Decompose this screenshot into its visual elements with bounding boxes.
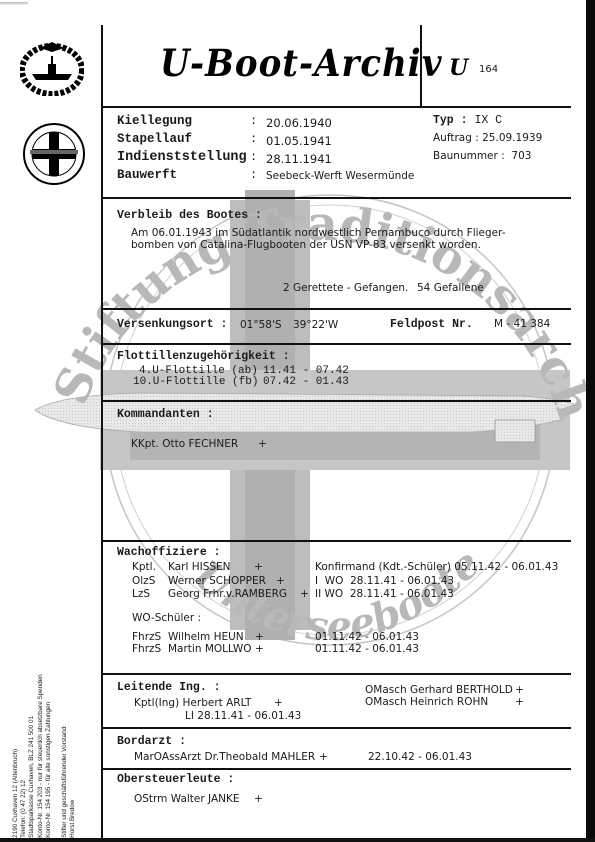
section-rule (101, 400, 571, 402)
student-name: Martin MOLLWO (168, 643, 252, 655)
field-sep: : (250, 114, 257, 128)
section-rule (101, 343, 571, 345)
section-rule (101, 540, 571, 542)
deceased-mark: + (274, 697, 283, 709)
officer-rank: LzS (132, 588, 150, 600)
subsection-heading: WO-Schüler : (132, 612, 201, 624)
officer-rank: OlzS (132, 575, 155, 587)
student-rank: FhrzS (132, 631, 161, 643)
navigator-name: OStrm Walter JANKE (134, 793, 240, 805)
deceased-mark: + (254, 793, 263, 805)
deceased-mark: + (258, 438, 267, 450)
officer-name: Karl HISSEN (168, 561, 231, 573)
sinking-longitude: 39°22'W (293, 319, 338, 331)
section-rule (101, 727, 571, 729)
engineer-name: Kptl(Ing) Herbert ARLT (134, 697, 251, 709)
deceased-mark: + (319, 751, 328, 763)
flotilla-period: 07.42 - 01.43 (263, 376, 349, 388)
engineer-name: OMasch Heinrich ROHN (365, 696, 488, 708)
section-heading: Leitende Ing. : (117, 681, 221, 694)
section-heading: Wachoffiziere : (117, 546, 221, 559)
feldpost-label: Feldpost Nr. (390, 318, 473, 331)
boat-number: 164 (479, 64, 498, 75)
doctor-name: MarOAssArzt Dr.Theobald MAHLER (134, 751, 315, 763)
field-sep: : (250, 168, 257, 182)
commission-date: 28.11.1941 (266, 152, 332, 166)
survivors-count: 2 Gerettete - Gefangen. (283, 282, 408, 294)
field-sep: : (250, 132, 257, 146)
section-rule (101, 673, 571, 675)
student-period: 01.11.42 - 06.01.43 (315, 643, 419, 655)
deceased-mark: + (515, 696, 524, 708)
section-heading: Kommandanten : (117, 408, 214, 421)
field-label: Indienststellung (117, 150, 247, 165)
section-rule (101, 768, 571, 770)
section-heading: Verbleib des Bootes : (117, 209, 262, 222)
section-heading: Flottillenzugehörigkeit : (117, 350, 290, 363)
deceased-mark: + (255, 631, 264, 643)
flotilla-name: 10.U-Flottille (fb) (133, 376, 258, 388)
fate-text-line: Am 06.01.1943 im Südatlantik nordwestlic… (131, 227, 506, 239)
deceased-mark: + (276, 575, 285, 587)
keel-laying-date: 20.06.1940 (266, 116, 332, 130)
foundation-address: 2190 Cuxhaven 12 (Altenbruch) Telefon: (… (12, 668, 78, 838)
shipyard: Seebeck-Werft Wesermünde (266, 170, 414, 182)
fate-text-line: bomben von Catalina-Flugbooten der USN V… (131, 239, 481, 251)
fallen-count: 54 Gefallene (417, 282, 484, 294)
archive-title: U-Boot-Archiv (160, 42, 442, 86)
u-boat-badge-logo (20, 40, 84, 96)
scan-edge-bottom (0, 838, 595, 842)
doctor-period: 22.10.42 - 06.01.43 (368, 751, 472, 763)
field-label: Kiellegung (117, 114, 192, 128)
engineer-period: LI 28.11.41 - 06.01.43 (185, 710, 301, 722)
deceased-mark: + (300, 588, 309, 600)
section-heading: Obersteuerleute : (117, 773, 234, 786)
officer-name: Georg Frhr.v.RAMBERG (168, 588, 287, 600)
student-period: 01.11.42 - 06.01.43 (315, 631, 419, 643)
yard-number: Baunummer : 703 (433, 150, 531, 162)
officer-rank: Kptl. (132, 561, 156, 573)
student-name: Wilhelm HEUN (168, 631, 244, 643)
sinking-label: Versenkungsort : (117, 318, 227, 331)
officer-role: Konfirmand (Kdt.-Schüler) 05.11.42 - 06.… (315, 561, 558, 573)
section-rule (101, 197, 571, 199)
order-date: Auftrag : 25.09.1939 (433, 132, 542, 144)
feldpost-number: M - 41 384 (494, 318, 550, 330)
deceased-mark: + (255, 643, 264, 655)
field-sep: : (250, 150, 257, 164)
frame-left-border (101, 25, 103, 840)
field-label: Bauwerft (117, 168, 177, 182)
officer-name: Werner SCHOPPER (168, 575, 266, 587)
launch-date: 01.05.1941 (266, 134, 332, 148)
commander-name: KKpt. Otto FECHNER (131, 438, 238, 450)
scan-artifact (0, 2, 28, 5)
boat-prefix: U (449, 55, 468, 81)
officer-role: II WO 28.11.41 - 06.01.43 (315, 588, 454, 600)
deceased-mark: + (254, 561, 263, 573)
officer-role: I WO 28.11.41 - 06.01.43 (315, 575, 454, 587)
field-label: Stapellauf (117, 132, 192, 146)
deceased-mark: + (515, 684, 524, 696)
section-heading: Bordarzt : (117, 735, 186, 748)
scan-edge-bar (586, 0, 595, 842)
sinking-latitude: 01°58'S (240, 319, 282, 331)
student-rank: FhrzS (132, 643, 161, 655)
header-rule (101, 106, 571, 108)
type-label: Typ : IX C (433, 114, 502, 127)
foundation-seal-logo (22, 122, 86, 186)
engineer-name: OMasch Gerhard BERTHOLD (365, 684, 513, 696)
section-rule (101, 308, 571, 310)
